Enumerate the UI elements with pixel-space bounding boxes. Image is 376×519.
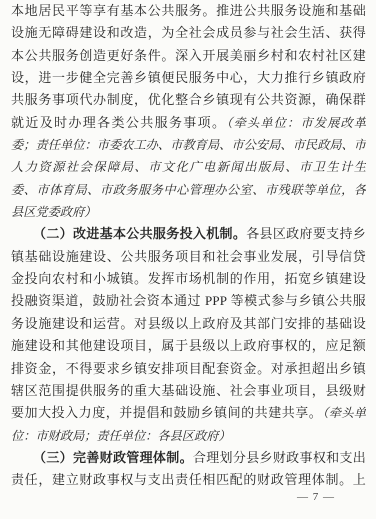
text-segment-normal: 设施无障碍建设和改造，为全社会成员参与社会生活、获得基: [11, 25, 366, 44]
text-line: 本地居民平等享有基本公共服务。推进公共服务设施和基础: [11, 0, 366, 22]
text-segment-normal: 排资金，不得要求乡镇安排项目配套资金。对承担超出乡镇: [11, 361, 366, 376]
text-line: 镇基础设施建设、公共服务项目和社会事业发展，引导信贷资: [11, 246, 366, 268]
text-segment-normal: 共服务事项代办制度，优化整合乡镇现有公共资源，确保群众: [11, 92, 366, 111]
text-line: 务设施建设和运营。对县级以上政府及其部门安排的基础设: [11, 313, 366, 335]
text-segment-normal: 金投向农村和小城镇。发挥市场机制的作用，拓宽乡镇建设: [11, 271, 366, 286]
text-segment-normal: 合理划分县乡财政事权和支出: [193, 450, 366, 465]
text-line: 施建设和其他建设项目，属于县级以上政府事权的，应足额安: [11, 335, 366, 357]
text-segment-kai: 委；责任单位：市委农工办、市教育局、市公安局、市民政局、市: [11, 138, 366, 152]
page-number: — 7 —: [297, 491, 335, 503]
text-segment-normal: 施建设和其他建设项目，属于县级以上政府事权的，应足额安: [11, 338, 366, 357]
text-segment-kai: 县区党委政府）: [11, 205, 96, 219]
text-line: 金投向农村和小城镇。发挥市场机制的作用，拓宽乡镇建设: [11, 268, 366, 290]
document-page: 本地居民平等享有基本公共服务。推进公共服务设施和基础设施无障碍建设和改造，为全社…: [0, 0, 376, 519]
text-segment-kai: （牵头单位：市发展改革: [226, 116, 366, 130]
text-segment-normal: 各县区政府要支持乡: [246, 226, 366, 241]
text-line: 投融资渠道，鼓励社会资本通过 PPP 等模式参与乡镇公共服: [11, 290, 366, 312]
text-line: 位：市财政局；责任单位：各县区政府）: [11, 425, 366, 447]
text-line: 共服务事项代办制度，优化整合乡镇现有公共资源，确保群众: [11, 89, 366, 111]
text-line: 委；责任单位：市委农工办、市教育局、市公安局、市民政局、市: [11, 134, 366, 156]
text-line: 要加大投入力度，并提倡和鼓励乡镇间的共建共享。（牵头单: [11, 402, 366, 424]
text-line: 排资金，不得要求乡镇安排项目配套资金。对承担超出乡镇: [11, 358, 366, 380]
text-segment-bold: （三）完善财政管理体制。: [33, 450, 193, 465]
text-segment-kai: 委、市体育局、市政务服务中心管理办公室、市残联等单位，各: [11, 183, 366, 197]
text-segment-normal: 本公共服务创造更好条件。深入开展美丽乡村和农村社区建: [11, 48, 366, 63]
text-segment-normal: 务设施建设和运营。对县级以上政府及其部门安排的基础设: [11, 316, 366, 331]
text-segment-kai: 人力资源社会保障局、市文化广电新闻出版局、市卫生计生: [11, 160, 366, 174]
text-line: 辖区范围提供服务的重大基础设施、社会事业项目，县级财政: [11, 380, 366, 402]
text-segment-kai: 位：市财政局；责任单位：各县区政府）: [11, 429, 231, 443]
text-line: 县区党委政府）: [11, 201, 366, 223]
text-line: 人力资源社会保障局、市文化广电新闻出版局、市卫生计生: [11, 156, 366, 178]
text-segment-normal: 辖区范围提供服务的重大基础设施、社会事业项目，县级财政: [11, 383, 366, 402]
text-line: （二）改进基本公共服务投入机制。各县区政府要支持乡: [11, 223, 366, 245]
text-line: 设施无障碍建设和改造，为全社会成员参与社会生活、获得基: [11, 22, 366, 44]
document-body: 本地居民平等享有基本公共服务。推进公共服务设施和基础设施无障碍建设和改造，为全社…: [11, 0, 366, 492]
text-segment-normal: 就近及时办理各类公共服务事项。: [11, 115, 226, 130]
text-line: （三）完善财政管理体制。合理划分县乡财政事权和支出: [11, 447, 366, 469]
text-line: 责任，建立财政事权与支出责任相匹配的财政管理体制。上: [11, 469, 366, 491]
text-segment-normal: 投融资渠道，鼓励社会资本通过 PPP 等模式参与乡镇公共服: [11, 293, 366, 308]
text-segment-bold: （二）改进基本公共服务投入机制。: [33, 226, 246, 241]
text-segment-normal: 要加大投入力度，并提倡和鼓励乡镇间的共建共享。: [11, 405, 322, 420]
text-line: 本公共服务创造更好条件。深入开展美丽乡村和农村社区建: [11, 45, 366, 67]
text-line: 就近及时办理各类公共服务事项。（牵头单位：市发展改革: [11, 112, 366, 134]
text-segment-normal: 本地居民平等享有基本公共服务。推进公共服务设施和基础: [11, 3, 366, 18]
text-segment-kai: （牵头单: [322, 406, 366, 420]
text-line: 设，进一步健全完善乡镇便民服务中心，大力推行乡镇政府公: [11, 67, 366, 89]
text-segment-normal: 镇基础设施建设、公共服务项目和社会事业发展，引导信贷资: [11, 249, 366, 268]
text-segment-normal: 责任，建立财政事权与支出责任相匹配的财政管理体制。上: [11, 472, 366, 487]
text-line: 委、市体育局、市政务服务中心管理办公室、市残联等单位，各: [11, 179, 366, 201]
text-segment-normal: 设，进一步健全完善乡镇便民服务中心，大力推行乡镇政府公: [11, 70, 366, 89]
